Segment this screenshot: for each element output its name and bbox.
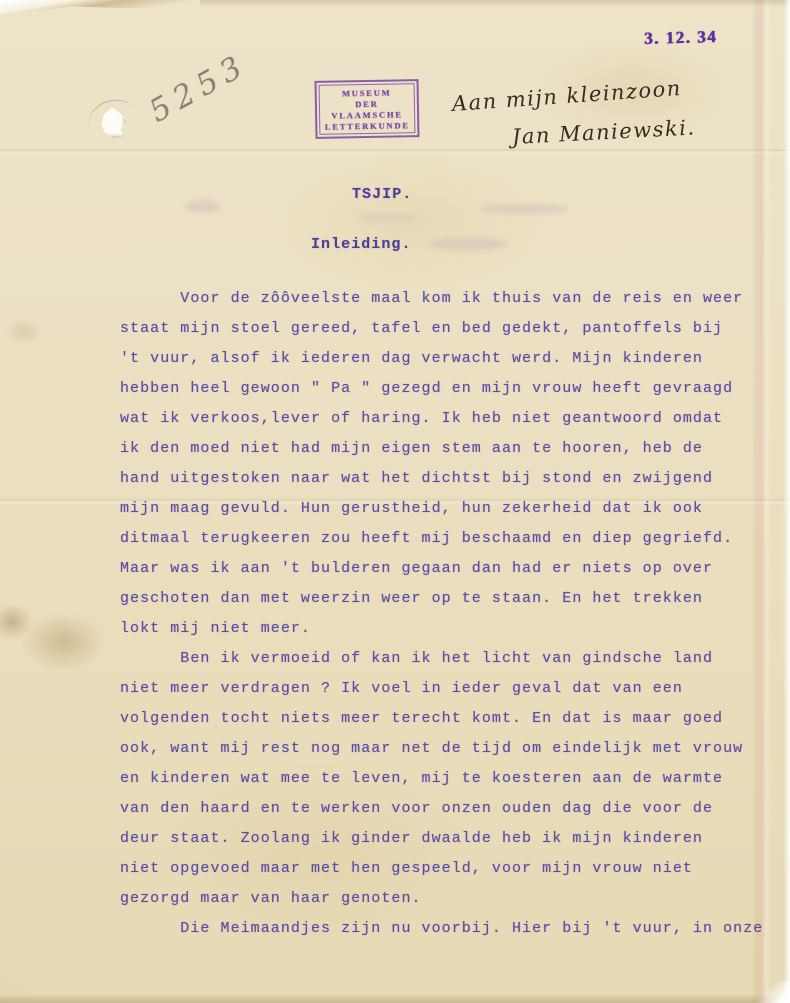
inventory-number-pencil: 5253 [143, 46, 254, 129]
dedication-line-1: Aan mijn kleinzoon [451, 75, 696, 116]
typescript-line: niet opgevoed maar met hen gespeeld, voo… [120, 854, 790, 884]
typescript-line: mijn maag gevuld. Hun gerustheid, hun ze… [120, 494, 790, 524]
typescript-line: ook, want mij rest nog maar net de tijd … [120, 734, 790, 764]
museum-stamp-line: VLAAMSCHE [331, 109, 403, 120]
typescript-line: volgenden tocht niets meer terecht komt.… [120, 704, 790, 734]
typescript-line: Maar was ik aan 't bulderen gegaan dan h… [120, 554, 790, 584]
typescript-line: ditmaal terugkeeren zou heeft mij bescha… [120, 524, 790, 554]
date-stamp: 3. 12. 34 [644, 27, 717, 49]
museum-stamp-line: DER [355, 98, 379, 108]
ink-smudge [186, 200, 220, 213]
typescript-line: Ben ik vermoeid of kan ik het licht van … [120, 644, 790, 674]
typescript-line: en kinderen wat mee te leven, mij te koe… [120, 764, 790, 794]
dedication-line-2: Jan Maniewski. [511, 115, 696, 149]
typescript-line: Die Meimaandjes zijn nu voorbij. Hier bi… [120, 914, 790, 944]
typescript-line: van den haard en te werken voor onzen ou… [120, 794, 790, 824]
typescript-line: 't vuur, alsof ik iederen dag verwacht w… [120, 344, 790, 374]
typescript-line: deur staat. Zoolang ik ginder dwaalde he… [120, 824, 790, 854]
document-subtitle: Inleiding. [311, 236, 412, 253]
paper-edge-bottom [0, 994, 790, 1003]
museum-stamp-line: MUSEUM [342, 87, 392, 98]
museum-stamp: MUSEUM DER VLAAMSCHE LETTERKUNDE [315, 79, 420, 139]
typescript-line: ik den moed niet had mijn eigen stem aan… [120, 434, 790, 464]
ink-smudge [356, 214, 416, 222]
ink-smudge [482, 204, 568, 214]
typescript-line: hand uitgestoken naar wat het dichtst bi… [120, 464, 790, 494]
typescript-line: gezorgd maar van haar genoten. [120, 884, 790, 914]
paper-edge-shadow-top [200, 0, 790, 8]
museum-stamp-line: LETTERKUNDE [325, 120, 410, 131]
typescript-line: wat ik verkoos,lever of haring. Ik heb n… [120, 404, 790, 434]
manuscript-page: 5253 3. 12. 34 MUSEUM DER VLAAMSCHE LETT… [0, 0, 790, 1003]
typescript-line: hebben heel gewoon " Pa " gezegd en mijn… [120, 374, 790, 404]
typescript-line: Voor de zôôveelste maal kom ik thuis van… [120, 284, 790, 314]
typescript-line: niet meer verdragen ? Ik voel in ieder g… [120, 674, 790, 704]
paper-corner-bottom-right [750, 981, 790, 1003]
handwritten-dedication: Aan mijn kleinzoon Jan Maniewski. [452, 92, 696, 149]
museum-stamp-border: MUSEUM DER VLAAMSCHE LETTERKUNDE [319, 83, 416, 135]
typescript-body: Voor de zôôveelste maal kom ik thuis van… [120, 284, 790, 944]
typescript-line: staat mijn stoel gereed, tafel en bed ge… [120, 314, 790, 344]
typescript-line: lokt mij niet meer. [120, 614, 790, 644]
ink-smudge [430, 238, 508, 250]
document-title: TSJIP. [352, 186, 412, 203]
typescript-line: geschoten dan met weerzin weer op te sta… [120, 584, 790, 614]
